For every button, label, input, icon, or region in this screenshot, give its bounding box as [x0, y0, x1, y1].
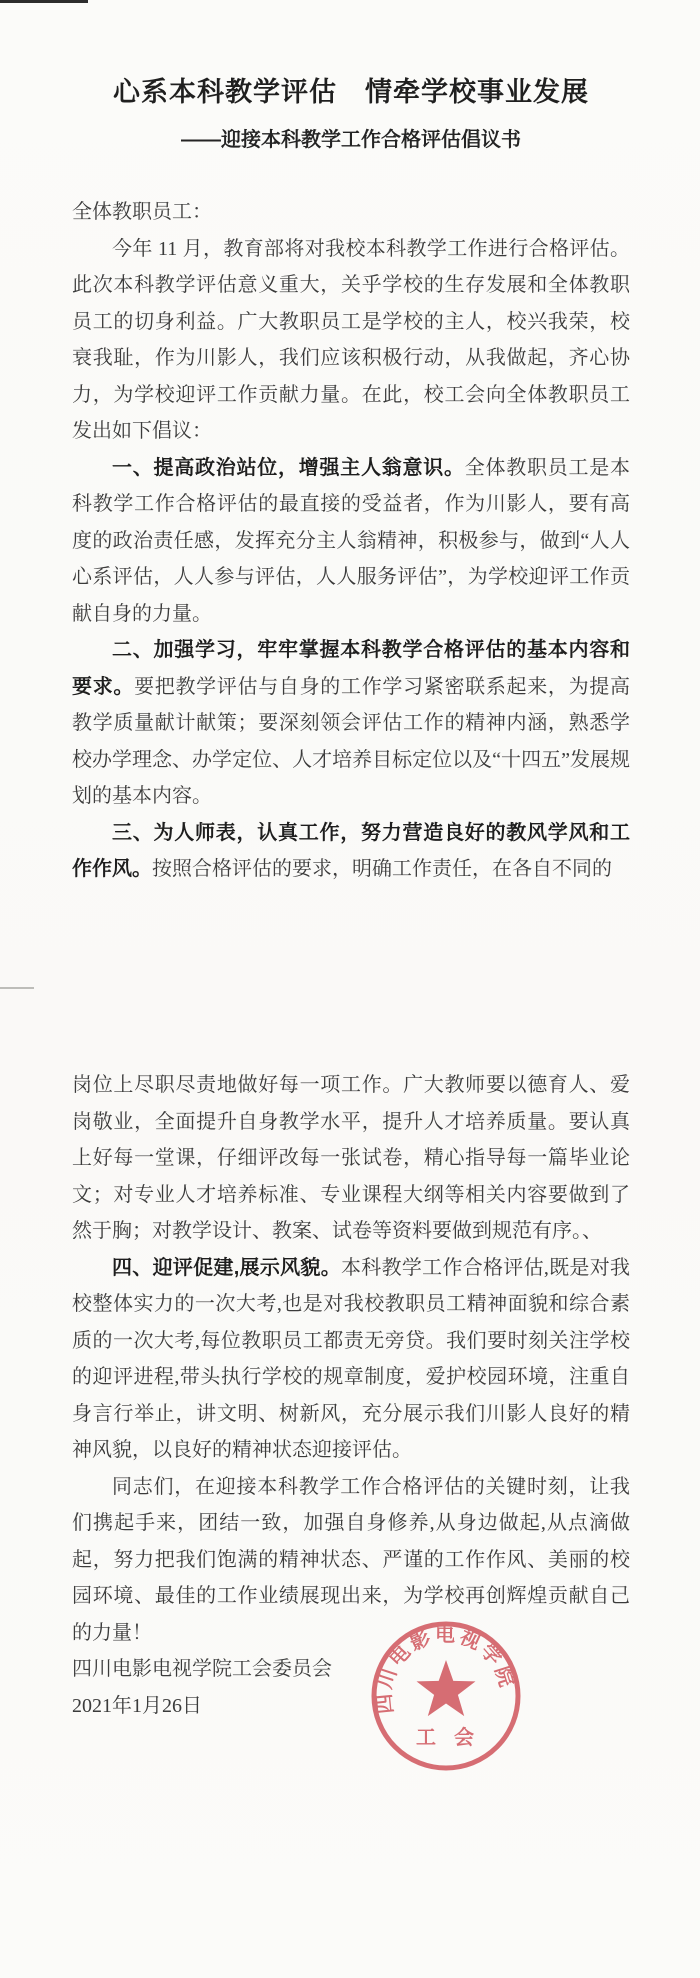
item-2-text: 要把教学评估与自身的工作学习紧密联系起来，为提高教学质量献计献策；要深刻领会评估… — [72, 676, 630, 808]
union-seal: 四川电影电视学院 工会 — [368, 1618, 524, 1774]
seal-star-icon — [417, 1660, 476, 1716]
item-3-paragraph: 三、为人师表，认真工作，努力营造良好的教风学风和工作作风。按照合格评估的要求，明… — [72, 815, 630, 888]
continuation-text: 岗位上尽职尽责地做好每一项工作。广大教师要以德育人、爱岗敬业，全面提升自身教学水… — [72, 1074, 630, 1242]
item-4-text: 本科教学工作合格评估,既是对我校整体实力的一次大考,也是对我校教职员工精神面貌和… — [72, 1257, 630, 1462]
item-1-text: 全体教职员工是本科教学工作合格评估的最直接的受益者，作为川影人，要有高度的政治责… — [72, 457, 630, 625]
item-1-paragraph: 一、提高政治站位，增强主人翁意识。全体教职员工是本科教学工作合格评估的最直接的受… — [72, 450, 630, 633]
item-2-paragraph: 二、加强学习，牢牢掌握本科教学合格评估的基本内容和要求。要把教学评估与自身的工作… — [72, 632, 630, 815]
item-3-text: 按照合格评估的要求，明确工作责任，在各自不同的 — [152, 858, 612, 880]
item-4-paragraph: 四、迎评促建,展示风貌。本科教学工作合格评估,既是对我校整体实力的一次大考,也是… — [72, 1250, 630, 1469]
intro-paragraph: 今年 11 月，教育部将对我校本科教学工作进行合格评估。此次本科教学评估意义重大… — [72, 231, 630, 450]
document-subtitle: ——迎接本科教学工作合格评估倡议书 — [72, 128, 630, 152]
page1-text-block: 心系本科教学评估 情牵学校事业发展 ——迎接本科教学工作合格评估倡议书 全体教职… — [72, 76, 630, 888]
closing-text: 同志们，在迎接本科教学工作合格评估的关键时刻，让我们携起手来，团结一致，加强自身… — [72, 1476, 630, 1644]
document-title: 心系本科教学评估 情牵学校事业发展 — [72, 76, 630, 108]
scan-artifact-page-break — [0, 987, 34, 989]
signature-date: 2021年1月26日 — [72, 1688, 630, 1725]
seal-bottom-text: 工会 — [416, 1725, 492, 1749]
scanned-document-page: 心系本科教学评估 情牵学校事业发展 ——迎接本科教学工作合格评估倡议书 全体教职… — [0, 0, 700, 1978]
intro-paragraph-text: 今年 11 月，教育部将对我校本科教学工作进行合格评估。此次本科教学评估意义重大… — [72, 238, 630, 443]
continuation-paragraph: 岗位上尽职尽责地做好每一项工作。广大教师要以德育人、爱岗敬业，全面提升自身教学水… — [72, 1067, 630, 1250]
page2-text-block: 岗位上尽职尽责地做好每一项工作。广大教师要以德育人、爱岗敬业，全面提升自身教学水… — [72, 1067, 630, 1724]
item-1-heading: 一、提高政治站位，增强主人翁意识。 — [112, 457, 465, 479]
closing-paragraph: 同志们，在迎接本科教学工作合格评估的关键时刻，让我们携起手来，团结一致，加强自身… — [72, 1469, 630, 1652]
scan-artifact-top-edge — [0, 0, 88, 3]
signature-org: 四川电影电视学院工会委员会 — [72, 1651, 630, 1688]
item-4-heading: 四、迎评促建,展示风貌。 — [112, 1257, 341, 1279]
salutation: 全体教职员工： — [72, 194, 630, 231]
